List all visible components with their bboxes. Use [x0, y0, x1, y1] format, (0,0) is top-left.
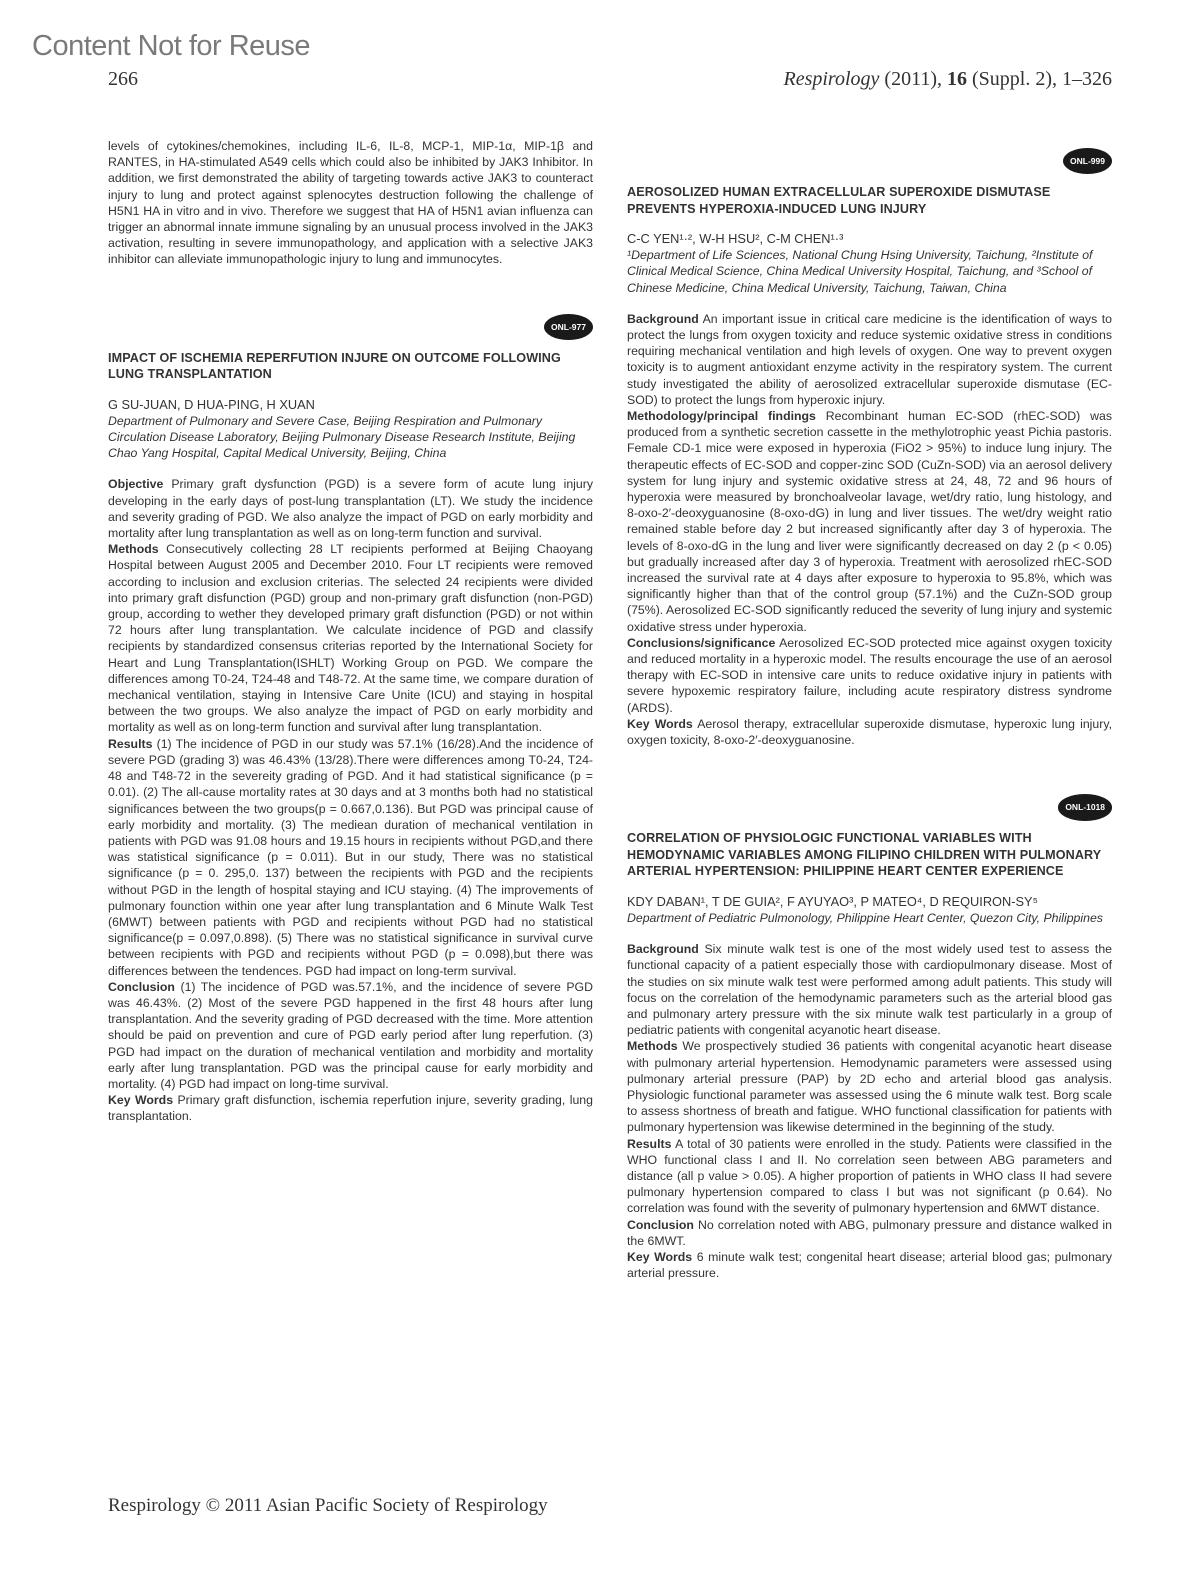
abstract-section-results: Results A total of 30 patients were enro… — [627, 1136, 1112, 1217]
left-column: levels of cytokines/chemokines, includin… — [108, 138, 593, 1125]
journal-year: (2011), — [884, 68, 942, 90]
abstract-section-keywords: Key Words Aerosol therapy, extracellular… — [627, 716, 1112, 748]
abstract-section-objective: Objective Primary graft dysfunction (PGD… — [108, 476, 593, 541]
journal-citation: Respirology (2011), 16 (Suppl. 2), 1–326 — [784, 68, 1113, 91]
journal-name: Respirology — [784, 68, 880, 90]
abstract-id-badge: ONL-1018 — [1058, 794, 1112, 820]
abstract-id-badge: ONL-977 — [544, 314, 593, 340]
abstract-section-background: Background Six minute walk test is one o… — [627, 941, 1112, 1038]
watermark: Content Not for Reuse — [32, 30, 310, 63]
right-column: ONL-999 AEROSOLIZED HUMAN EXTRACELLULAR … — [627, 148, 1112, 1281]
abstract-section-keywords: Key Words 6 minute walk test; congenital… — [627, 1249, 1112, 1281]
abstract-section-methods: Methods Consecutively collecting 28 LT r… — [108, 541, 593, 735]
continued-abstract-text: levels of cytokines/chemokines, includin… — [108, 138, 593, 268]
abstract-section-methodology: Methodology/principal findings Recombina… — [627, 408, 1112, 635]
page-footer: Respirology © 2011 Asian Pacific Society… — [108, 1495, 548, 1517]
abstract-section-conclusions: Conclusions/significance Aerosolized EC-… — [627, 635, 1112, 716]
abstract-authors: KDY DABAN¹, T DE GUIA², F AYUYAO³, P MAT… — [627, 894, 1112, 910]
abstract-section-background: Background An important issue in critica… — [627, 311, 1112, 408]
abstract-title: CORRELATION OF PHYSIOLOGIC FUNCTIONAL VA… — [627, 830, 1112, 880]
journal-volume: 16 — [947, 68, 967, 90]
abstract-affiliation: ¹Department of Life Sciences, National C… — [627, 247, 1112, 296]
abstract-section-keywords: Key Words Primary graft disfunction, isc… — [108, 1092, 593, 1124]
abstract-authors: C-C YEN¹·², W-H HSU², C-M CHEN¹·³ — [627, 231, 1112, 247]
abstract-title: AEROSOLIZED HUMAN EXTRACELLULAR SUPEROXI… — [627, 184, 1112, 217]
abstract-id-badge: ONL-999 — [1063, 148, 1112, 174]
abstract-title: IMPACT OF ISCHEMIA REPERFUTION INJURE ON… — [108, 350, 593, 383]
abstract-affiliation: Department of Pediatric Pulmonology, Phi… — [627, 910, 1112, 926]
abstract-affiliation: Department of Pulmonary and Severe Case,… — [108, 413, 593, 462]
abstract-authors: G SU-JUAN, D HUA-PING, H XUAN — [108, 397, 593, 413]
abstract-section-methods: Methods We prospectively studied 36 pati… — [627, 1038, 1112, 1135]
page-number: 266 — [108, 68, 138, 91]
abstract-section-conclusion: Conclusion (1) The incidence of PGD was.… — [108, 979, 593, 1092]
abstract-section-conclusion: Conclusion No correlation noted with ABG… — [627, 1217, 1112, 1249]
abstract-section-results: Results (1) The incidence of PGD in our … — [108, 736, 593, 979]
journal-pages: (Suppl. 2), 1–326 — [972, 68, 1112, 90]
